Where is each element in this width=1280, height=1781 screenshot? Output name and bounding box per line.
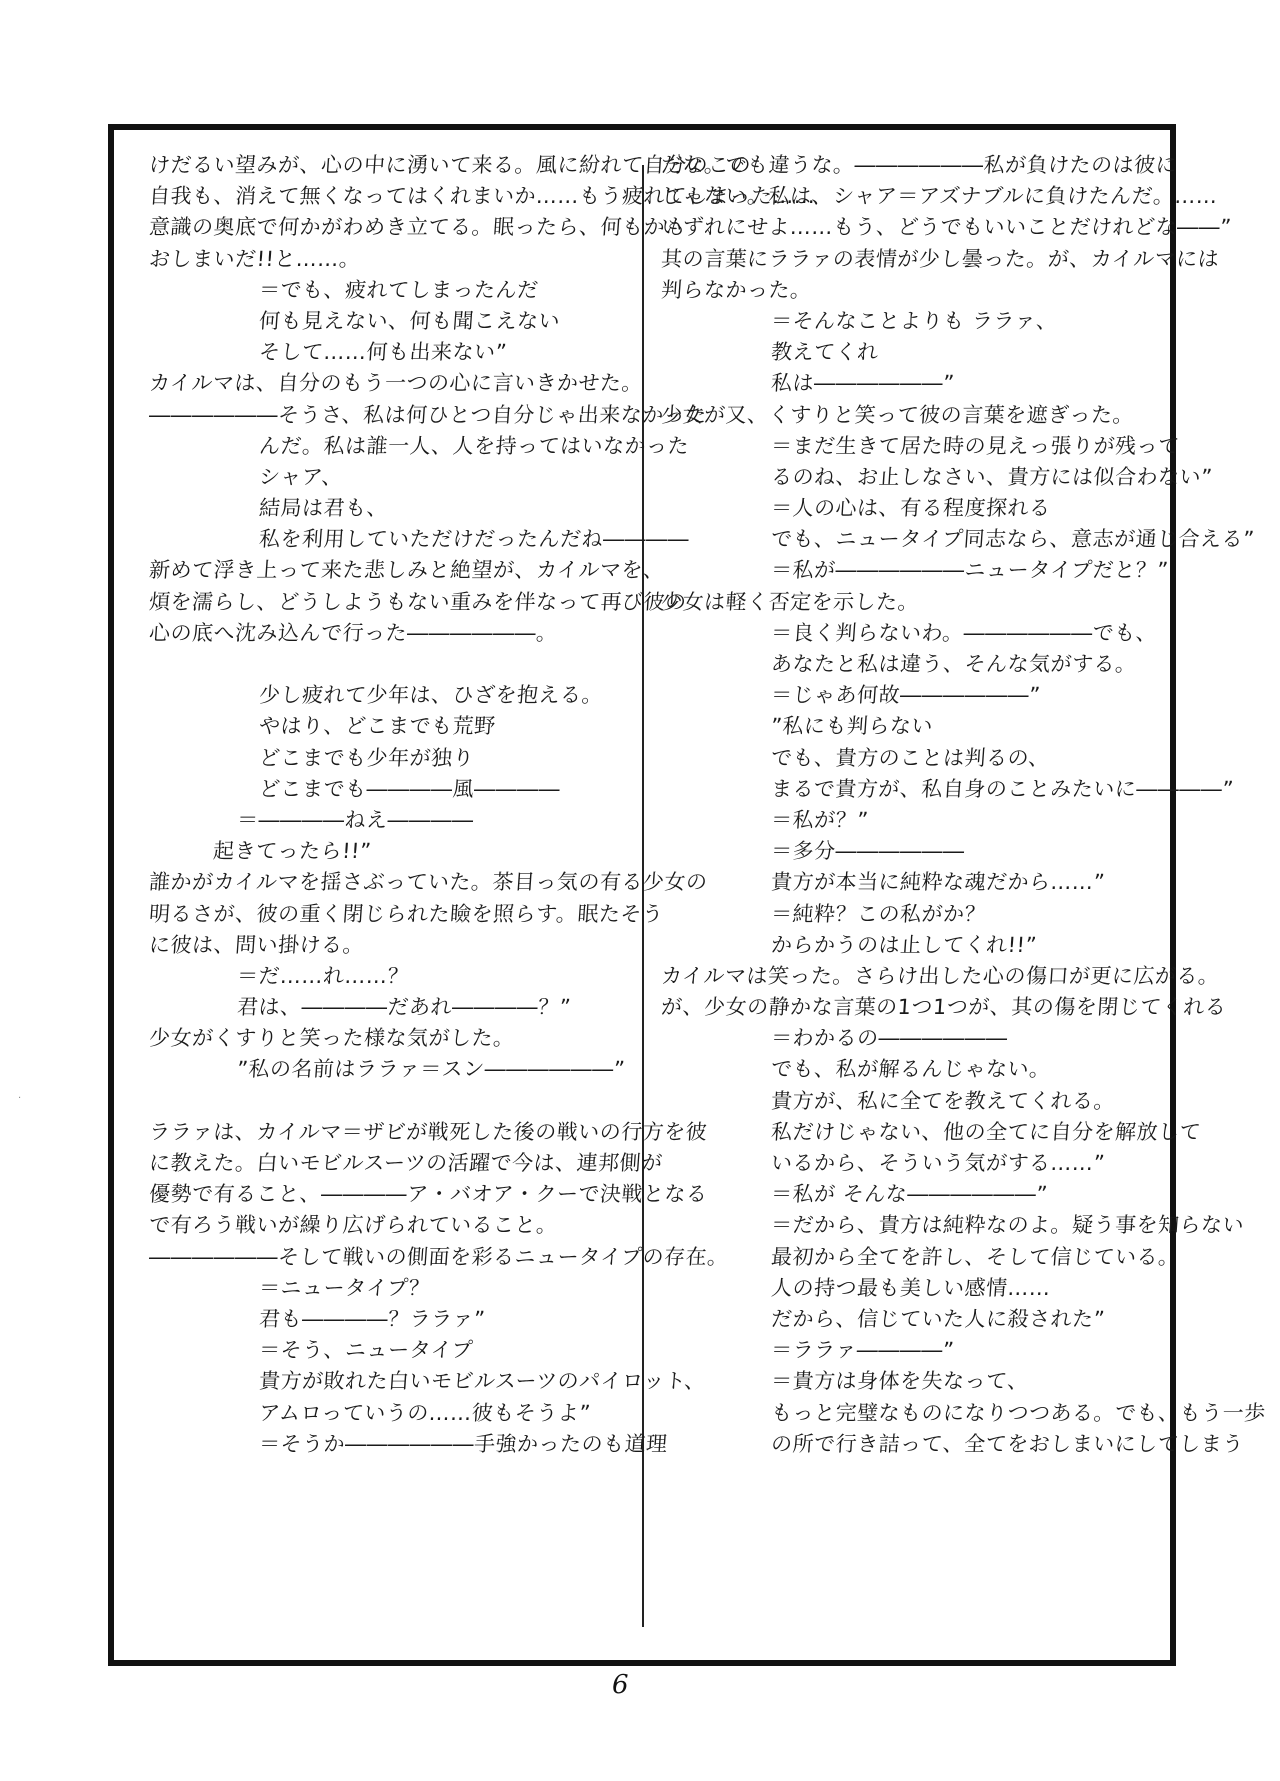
text-line: 私を利用していただけだったんだね―――― xyxy=(148,524,638,555)
text-line: ＝ニュータイプ？ xyxy=(148,1273,638,1304)
text-line: 起きてったら!!” xyxy=(148,836,638,867)
text-line: 君は、――――だあれ――――？” xyxy=(148,992,638,1023)
text-line: 私だけじゃない、他の全てに自分を解放して xyxy=(660,1117,1162,1148)
text-line: 結局は君も、 xyxy=(148,493,638,524)
text-line: やはり、どこまでも荒野 xyxy=(148,711,638,742)
text-line: ＝そうか――――――手強かったのも道理 xyxy=(148,1429,638,1460)
text-line: 意識の奥底で何かがわめき立てる。眠ったら、何もかも xyxy=(148,212,638,243)
text-line: じゃない。私は、シャア＝アズナブルに負けたんだ。…… xyxy=(660,181,1162,212)
text-line: でも、貴方のことは判るの、 xyxy=(660,743,1162,774)
text-line: でも、私が解るんじゃない。 xyxy=(660,1054,1162,1085)
text-line: で有ろう戦いが繰り広げられていること。 xyxy=(148,1210,638,1241)
text-line: に教えた。白いモビルスーツの活躍で今は、連邦側が xyxy=(148,1148,638,1179)
text-line: に彼は、問い掛ける。 xyxy=(148,930,638,961)
text-line: 貴方が本当に純粋な魂だから……” xyxy=(660,867,1162,898)
text-line: どこまでも――――風―――― xyxy=(148,774,638,805)
text-line: 最初から全てを許し、そして信じている。 xyxy=(660,1242,1162,1273)
text-line: ――――――そして戦いの側面を彩るニュータイプの存在。 xyxy=(148,1242,638,1273)
text-line: ”私にも判らない xyxy=(660,711,1162,742)
text-line: いずれにせよ……もう、どうでもいいことだけれどな――” xyxy=(660,212,1162,243)
text-line: 明るさが、彼の重く閉じられた瞼を照らす。眠たそう xyxy=(148,899,638,930)
text-line: カイルマは笑った。さらけ出した心の傷口が更に広がる。 xyxy=(660,961,1162,992)
text-line: ――――――そうさ、私は何ひとつ自分じゃ出来なかった xyxy=(148,400,638,431)
text-line: おしまいだ!!と……。 xyxy=(148,244,638,275)
text-line: シャア、 xyxy=(148,462,638,493)
text-line: ＝私が――――――ニュータイプだと？” xyxy=(660,555,1162,586)
text-line: 新めて浮き上って来た悲しみと絶望が、カイルマを、 xyxy=(148,555,638,586)
text-line: ＝まだ生きて居た時の見えっ張りが残って xyxy=(660,431,1162,462)
text-line: ＝私が？” xyxy=(660,805,1162,836)
text-line: 心の底へ沈み込んで行った――――――。 xyxy=(148,618,638,649)
text-line: 判らなかった。 xyxy=(660,275,1162,306)
text-line: でも、ニュータイプ同志なら、意志が通じ合える” xyxy=(660,524,1162,555)
scan-speck: . xyxy=(18,1090,21,1101)
text-line: そして……何も出来ない” xyxy=(148,337,638,368)
text-line: ”私の名前はララァ＝スン――――――” xyxy=(148,1054,638,1085)
text-line: からかうのは止してくれ!!” xyxy=(660,930,1162,961)
text-line: 煩を濡らし、どうしようもない重みを伴なって再び彼の xyxy=(148,587,638,618)
text-line: ＝人の心は、有る程度探れる xyxy=(660,493,1162,524)
text-line: 優勢で有ること、――――ア・バオア・クーで決戦となる xyxy=(148,1179,638,1210)
text-line: ＝そう、ニュータイプ xyxy=(148,1335,638,1366)
text-line xyxy=(148,1086,638,1117)
text-line: ララァは、カイルマ＝ザビが戦死した後の戦いの行方を彼 xyxy=(148,1117,638,1148)
text-line: 少女がくすりと笑った様な気がした。 xyxy=(148,1023,638,1054)
page-number: 6 xyxy=(612,1670,629,1700)
text-line: アムロっていうの……彼もそうよ” xyxy=(148,1398,638,1429)
text-line: 私は――――――” xyxy=(660,368,1162,399)
text-line: ＝――――ねえ―――― xyxy=(148,805,638,836)
text-line: 貴方が、私に全てを教えてくれる。 xyxy=(660,1086,1162,1117)
text-line: ＝多分―――――― xyxy=(660,836,1162,867)
text-line: んだ。私は誰一人、人を持ってはいなかった xyxy=(148,431,638,462)
text-line: もっと完璧なものになりつつある。でも、もう一歩 xyxy=(660,1398,1162,1429)
text-line: まるで貴方が、私自身のことみたいに――――” xyxy=(660,774,1162,805)
left-column-text: けだるい望みが、心の中に湧いて来る。風に紛れて自分のこの自我も、消えて無くなって… xyxy=(148,150,636,1460)
text-line: ＝じゃあ何故――――――” xyxy=(660,680,1162,711)
text-line: 何も見えない、何も聞こえない xyxy=(148,306,638,337)
text-line: ＝わかるの―――――― xyxy=(660,1023,1162,1054)
text-line: 少女が又、くすりと笑って彼の言葉を遮ぎった。 xyxy=(660,400,1162,431)
right-column-text: だな。でも違うな。――――――私が負けたのは彼にじゃない。私は、シャア＝アズナブ… xyxy=(660,150,1160,1460)
text-line: 少女は軽く否定を示した。 xyxy=(660,587,1162,618)
text-line: ＝だ……れ……？ xyxy=(148,961,638,992)
text-line: が、少女の静かな言葉の1つ1つが、其の傷を閉じてくれる xyxy=(660,992,1162,1023)
text-line: るのね、お止しなさい、貴方には似合わない” xyxy=(660,462,1162,493)
text-line: 君も――――？ララァ” xyxy=(148,1304,638,1335)
text-line: ＝良く判らないわ。――――――でも、 xyxy=(660,618,1162,649)
text-line: けだるい望みが、心の中に湧いて来る。風に紛れて自分のこの xyxy=(148,150,638,181)
text-line: ＝でも、疲れてしまったんだ xyxy=(148,275,638,306)
text-line: だから、信じていた人に殺された” xyxy=(660,1304,1162,1335)
text-line: の所で行き詰って、全てをおしまいにしてしまう xyxy=(660,1429,1162,1460)
text-line: ＝私が そんな――――――” xyxy=(660,1179,1162,1210)
text-line: 人の持つ最も美しい感情…… xyxy=(660,1273,1162,1304)
text-line: 自我も、消えて無くなってはくれまいか……もう疲れてしまった…… xyxy=(148,181,638,212)
text-line: 貴方が敗れた白いモビルスーツのパイロット、 xyxy=(148,1366,638,1397)
text-line: 教えてくれ xyxy=(660,337,1162,368)
text-line: いるから、そういう気がする……” xyxy=(660,1148,1162,1179)
text-line: ＝純粋？この私がか？ xyxy=(660,899,1162,930)
text-line: ＝そんなことよりも ララァ、 xyxy=(660,306,1162,337)
text-line: ＝だから、貴方は純粋なのよ。疑う事を知らない xyxy=(660,1210,1162,1241)
text-line: ＝貴方は身体を失なって、 xyxy=(660,1366,1162,1397)
text-line xyxy=(148,649,638,680)
text-line: カイルマは、自分のもう一つの心に言いきかせた。 xyxy=(148,368,638,399)
text-line: 其の言葉にララァの表情が少し曇った。が、カイルマには xyxy=(660,244,1162,275)
text-line: あなたと私は違う、そんな気がする。 xyxy=(660,649,1162,680)
text-line: だな。でも違うな。――――――私が負けたのは彼に xyxy=(660,150,1162,181)
text-line: どこまでも少年が独り xyxy=(148,743,638,774)
text-line: ＝ララァ――――” xyxy=(660,1335,1162,1366)
text-line: 誰かがカイルマを揺さぶっていた。茶目っ気の有る少女の xyxy=(148,867,638,898)
text-line: 少し疲れて少年は、ひざを抱える。 xyxy=(148,680,638,711)
